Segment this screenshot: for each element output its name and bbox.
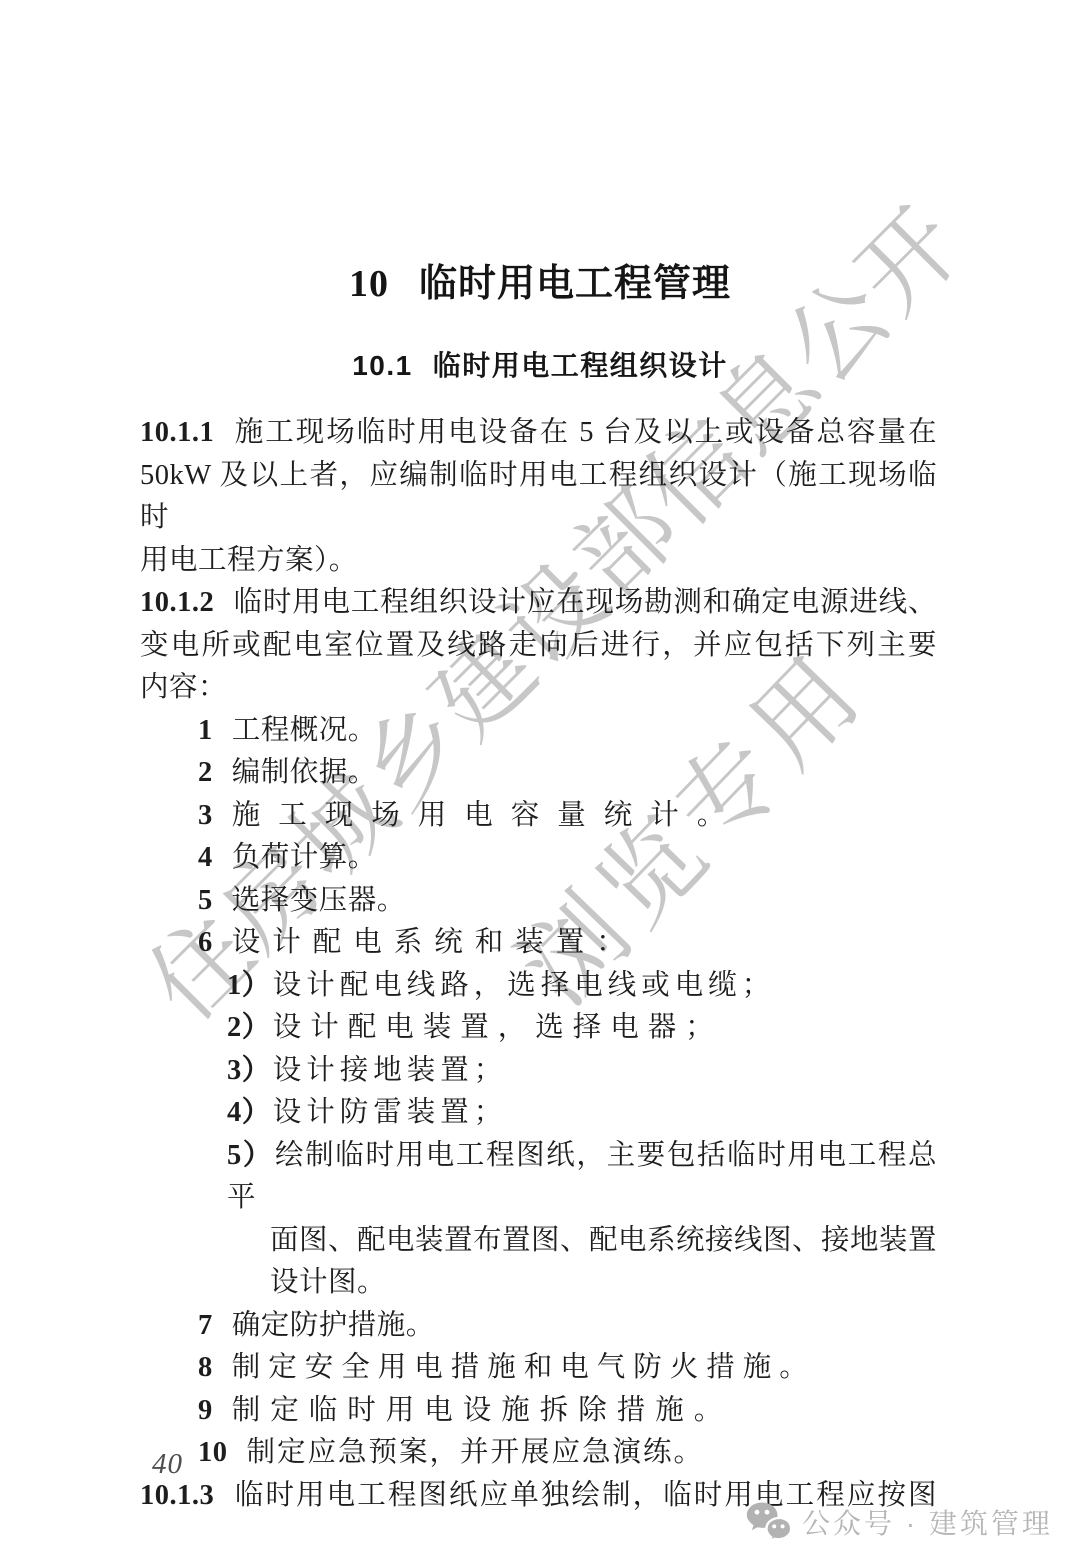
- doc-line: 变电所或配电室位置及线路走向后进行，并应包括下列主要: [140, 625, 937, 668]
- list-item: 3施工现场用电容量统计。: [140, 795, 937, 838]
- sub-item-number: 2）: [227, 1012, 271, 1043]
- doc-line: 内容：: [140, 667, 937, 710]
- list-item: 6设计配电系统和装置：: [140, 922, 937, 965]
- line-text: 制定安全用电措施和电气防火措施。: [232, 1352, 816, 1383]
- section-title: 10.1临时用电工程组织设计: [0, 344, 1080, 384]
- line-text: 内容：: [140, 672, 227, 703]
- sub-list-item: 1）设计配电线路，选择电线或电缆；: [140, 965, 937, 1008]
- line-text: 施工现场临时用电设备在 5 台及以上或设备总容量在: [233, 417, 937, 448]
- sub-item-number: 5）: [227, 1140, 273, 1171]
- list-item: 9制定临时用电设施拆除措施。: [140, 1390, 937, 1433]
- line-text: 绘制临时用电工程图纸，主要包括临时用电工程总平: [227, 1140, 937, 1214]
- item-number: 10: [198, 1437, 228, 1468]
- doc-line: 设计图。: [140, 1262, 937, 1305]
- doc-line: 10.1.2临时用电工程组织设计应在现场勘测和确定电源进线、: [140, 582, 937, 625]
- clause-number: 10.1.3: [140, 1480, 214, 1511]
- line-text: 制定应急预案，并开展应急演练。: [247, 1437, 705, 1468]
- line-text: 设计接地装置；: [273, 1055, 508, 1086]
- list-item: 4负荷计算。: [140, 837, 937, 880]
- sub-item-number: 4）: [227, 1097, 271, 1128]
- document-page: 住房城乡建设部信息公开 浏览专用 10临时用电工程管理 10.1临时用电工程组织…: [0, 0, 1080, 1564]
- doc-line: 50kW 及以上者，应编制临时用电工程组织设计（施工现场临时: [140, 455, 937, 540]
- item-number: 1: [198, 715, 213, 746]
- chapter-number: 10: [349, 263, 389, 305]
- item-number: 4: [198, 842, 213, 873]
- line-text: 制定临时用电设施拆除措施。: [232, 1395, 733, 1426]
- doc-line: 用电工程方案）。: [140, 540, 937, 583]
- sub-list-item: 5）绘制临时用电工程图纸，主要包括临时用电工程总平: [140, 1135, 937, 1220]
- item-number: 6: [198, 927, 213, 958]
- clause-number: 10.1.2: [140, 587, 214, 618]
- line-text: 确定防护措施。: [232, 1310, 435, 1341]
- list-item: 5选择变压器。: [140, 880, 937, 923]
- section-title-text: 临时用电工程组织设计: [433, 350, 728, 381]
- item-number: 8: [198, 1352, 213, 1383]
- doc-line: 面图、配电装置布置图、配电系统接线图、接地装置: [140, 1220, 937, 1263]
- list-item: 7确定防护措施。: [140, 1305, 937, 1348]
- line-text: 用电工程方案）。: [140, 545, 358, 576]
- footer-brand: 公众号 · 建筑管理: [746, 1500, 1053, 1544]
- list-item: 8制定安全用电措施和电气防火措施。: [140, 1347, 937, 1390]
- line-text: 选择变压器。: [232, 885, 406, 916]
- line-text: 变电所或配电室位置及线路走向后进行，并应包括下列主要: [140, 630, 937, 661]
- line-text: 工程概况。: [232, 715, 377, 746]
- item-number: 2: [198, 757, 213, 788]
- list-item: 1工程概况。: [140, 710, 937, 753]
- line-text: 编制依据。: [232, 757, 377, 788]
- line-text: 设计配电系统和装置：: [232, 927, 637, 958]
- line-text: 设计图。: [270, 1267, 386, 1298]
- line-text: 50kW 及以上者，应编制临时用电工程组织设计（施工现场临时: [140, 460, 937, 534]
- item-number: 3: [198, 800, 213, 831]
- wechat-icon: [746, 1500, 792, 1544]
- chapter-title: 10临时用电工程管理: [0, 252, 1080, 307]
- sub-item-number: 3）: [227, 1055, 271, 1086]
- item-number: 9: [198, 1395, 213, 1426]
- line-text: 设计配电装置，选择电器；: [273, 1012, 723, 1043]
- clause-number: 10.1.1: [140, 417, 214, 448]
- list-item: 10制定应急预案，并开展应急演练。: [140, 1432, 937, 1475]
- page-number: 40: [152, 1448, 183, 1481]
- sub-list-item: 4）设计防雷装置；: [140, 1092, 937, 1135]
- sub-list-item: 2）设计配电装置，选择电器；: [140, 1007, 937, 1050]
- item-number: 7: [198, 1310, 213, 1341]
- sub-list-item: 3）设计接地装置；: [140, 1050, 937, 1093]
- list-item: 2编制依据。: [140, 752, 937, 795]
- sub-item-number: 1）: [227, 970, 271, 1001]
- line-text: 施工现场用电容量统计。: [232, 800, 744, 831]
- line-text: 负荷计算。: [232, 842, 377, 873]
- brand-label: 公众号 · 建筑管理: [802, 1502, 1053, 1542]
- item-number: 5: [198, 885, 213, 916]
- chapter-title-text: 临时用电工程管理: [419, 263, 731, 305]
- line-text: 设计配电线路，选择电线或电缆；: [273, 970, 776, 1001]
- doc-line: 10.1.1施工现场临时用电设备在 5 台及以上或设备总容量在: [140, 412, 937, 455]
- line-text: 设计防雷装置；: [273, 1097, 508, 1128]
- section-number: 10.1: [352, 350, 413, 381]
- line-text: 临时用电工程组织设计应在现场勘测和确定电源进线、: [233, 587, 937, 618]
- line-text: 面图、配电装置布置图、配电系统接线图、接地装置: [270, 1225, 937, 1256]
- document-body: 10.1.1施工现场临时用电设备在 5 台及以上或设备总容量在 50kW 及以上…: [140, 412, 937, 1517]
